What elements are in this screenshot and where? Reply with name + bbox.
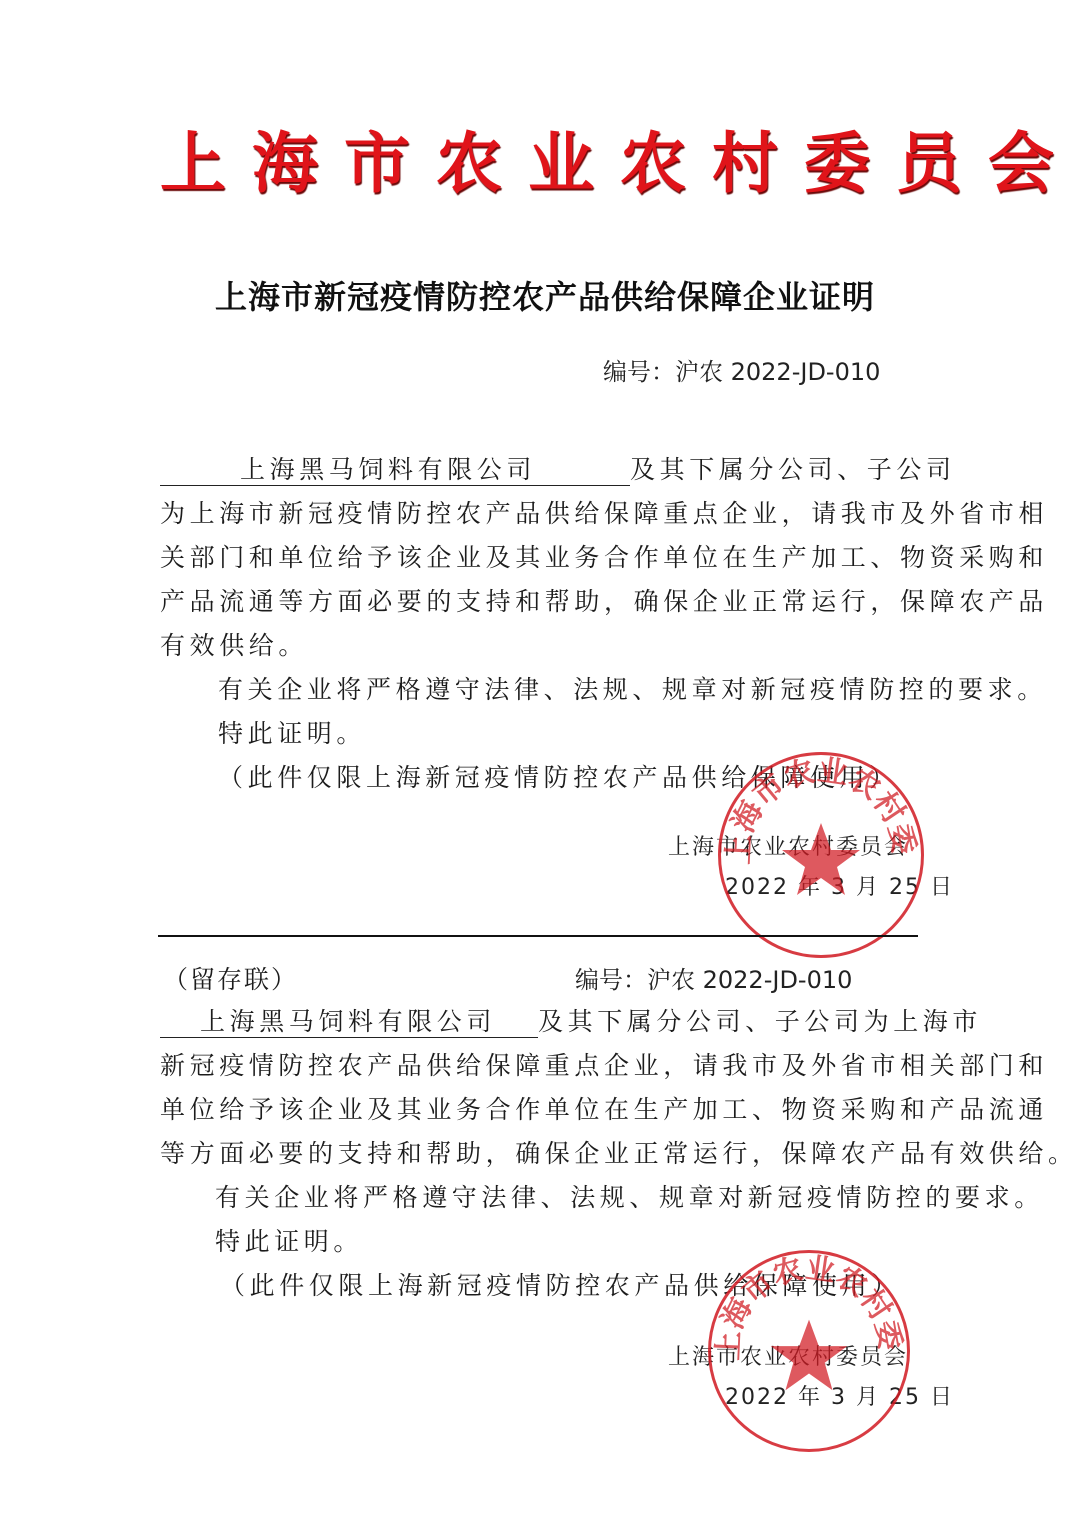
company-line: 上海黑马饲料有限公司及其下属分公司、子公司: [160, 448, 956, 492]
body-line-2: 为上海市新冠疫情防控农产品供给保障重点企业，请我市及外省市相: [160, 492, 1048, 536]
compliance-statement: 有关企业将严格遵守法律、法规、规章对新冠疫情防控的要求。: [218, 668, 1047, 712]
stub-body-line-4: 等方面必要的支持和帮助，确保企业正常运行，保障农产品有效供给。: [160, 1132, 1078, 1176]
company-name: 上海黑马饲料有限公司: [160, 455, 630, 486]
stub-compliance-statement: 有关企业将严格遵守法律、法规、规章对新冠疫情防控的要求。: [215, 1176, 1044, 1220]
body-line-4: 产品流通等方面必要的支持和帮助，确保企业正常运行，保障农产品: [160, 580, 1048, 624]
stub-company-name: 上海黑马饲料有限公司: [160, 1007, 538, 1038]
stub-label: （留存联）: [163, 958, 298, 1002]
stub-body-line-3: 单位给予该企业及其业务合作单位在生产加工、物资采购和产品流通: [160, 1088, 1048, 1132]
stub-separator: [158, 935, 918, 937]
document-number: 编号：沪农 2022-JD-010: [603, 352, 880, 387]
body-line-5: 有效供给。: [160, 624, 308, 668]
stub-company-line: 上海黑马饲料有限公司及其下属分公司、子公司为上海市: [160, 1000, 982, 1044]
stub-official-seal: 上海市农业农村委员会: [708, 1250, 910, 1452]
body-line-3: 关部门和单位给予该企业及其业务合作单位在生产加工、物资采购和: [160, 536, 1048, 580]
letterhead-issuer: 上海市农业农村委员会: [160, 118, 950, 208]
stub-seal-star-icon: 上海市农业农村委员会: [711, 1253, 907, 1449]
company-line-suffix: 及其下属分公司、子公司: [630, 455, 956, 484]
document-title: 上海市新冠疫情防控农产品供给保障企业证明: [215, 272, 875, 318]
stub-certify-statement: 特此证明。: [215, 1220, 363, 1264]
stub-document-number: 编号：沪农 2022-JD-010: [575, 960, 852, 995]
seal-star-icon: 上海市农业农村委员会: [721, 755, 921, 955]
official-seal: 上海市农业农村委员会: [718, 752, 924, 958]
certify-statement: 特此证明。: [218, 712, 366, 756]
stub-body-line-2: 新冠疫情防控农产品供给保障重点企业，请我市及外省市相关部门和: [160, 1044, 1048, 1088]
stub-company-line-suffix: 及其下属分公司、子公司为上海市: [538, 1007, 982, 1036]
